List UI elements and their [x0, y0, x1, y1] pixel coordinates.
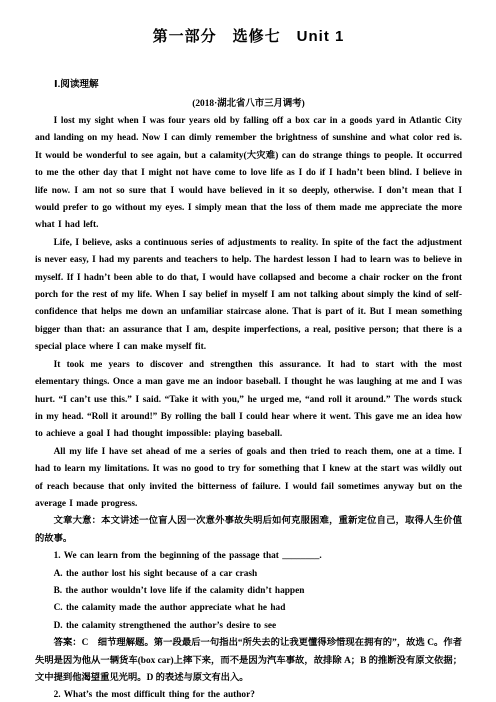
- section-heading-reading-comprehension: Ⅰ.阅读理解: [35, 79, 462, 91]
- question-2-stem: 2. What’s the most difficult thing for t…: [35, 687, 462, 702]
- exam-source: (2018·湖北省八市三月调考): [35, 98, 462, 110]
- passage-paragraph-4: All my life I have set ahead of me a ser…: [35, 444, 462, 514]
- question-1-stem: 1. We can learn from the beginning of th…: [35, 548, 462, 565]
- page-title: 第一部分 选修七 Unit 1: [35, 27, 462, 47]
- question-1-option-d: D. the calamity strengthened the author’…: [35, 618, 462, 635]
- passage-paragraph-1: I lost my sight when I was four years ol…: [35, 113, 462, 235]
- question-1-answer-explanation: 答案：C 细节理解题。第一段最后一句指出“所失去的让我更懂得珍惜现在拥有的”，故…: [35, 635, 462, 687]
- passage-paragraph-2: Life, I believe, asks a continuous serie…: [35, 235, 462, 357]
- passage-paragraph-3: It took me years to discover and strengt…: [35, 357, 462, 444]
- question-1-option-a: A. the author lost his sight because of …: [35, 566, 462, 583]
- question-1-option-c: C. the calamity made the author apprecia…: [35, 600, 462, 617]
- passage-summary: 文章大意：本文讲述一位盲人因一次意外事故失明后如何克服困难，重新定位自己，取得人…: [35, 513, 462, 548]
- question-1-option-b: B. the author wouldn’t love life if the …: [35, 583, 462, 600]
- exam-page: 第一部分 选修七 Unit 1 Ⅰ.阅读理解 (2018·湖北省八市三月调考) …: [0, 0, 496, 702]
